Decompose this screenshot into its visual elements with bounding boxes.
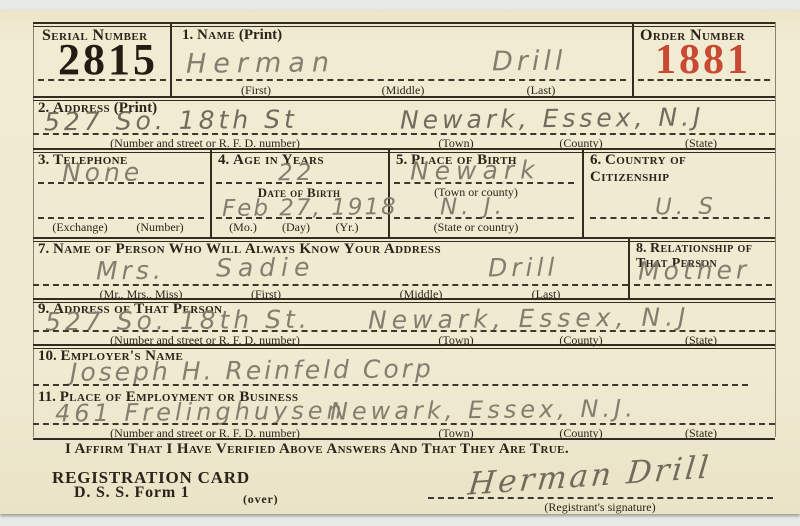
- affirmation-statement: I Affirm That I Have Verified Above Answ…: [65, 441, 569, 458]
- serial-write-line: [38, 79, 166, 81]
- contact-first-handwriting: Sadie: [216, 252, 316, 282]
- divider-name-order: [632, 24, 634, 96]
- employer-write-line: [33, 384, 748, 386]
- signature-write-line: [428, 497, 773, 499]
- employment-town-handwriting: Newark, Essex, N.J.: [330, 394, 637, 425]
- form-number: D. S. S. Form 1: [74, 484, 190, 502]
- dob-year-sublabel: (Yr.): [336, 220, 359, 235]
- birthplace-state-write-line: [394, 217, 574, 219]
- name-first-handwriting: Herman: [186, 47, 336, 80]
- address-write-line: [33, 133, 775, 135]
- rule-affirmation: [33, 438, 775, 440]
- name-last-handwriting: Drill: [492, 46, 567, 78]
- divider-contact-relationship: [628, 239, 630, 298]
- employment-write-line: [33, 423, 775, 425]
- birthplace-town-write-line: [394, 182, 574, 184]
- telephone-number-sublabel: (Number): [136, 220, 183, 235]
- order-number-value: 1881: [655, 36, 751, 84]
- contact-last-handwriting: Drill: [488, 253, 559, 283]
- signature-sublabel: (Registrant's signature): [544, 500, 655, 515]
- birthplace-state-sublabel: (State or country): [434, 220, 519, 235]
- telephone-exchange-sublabel: (Exchange): [52, 220, 107, 235]
- name-write-line: [176, 79, 626, 81]
- citizenship-field-label: 6. Country of Citizenship: [590, 152, 740, 185]
- left-border: [33, 22, 34, 437]
- employer-handwriting: Joseph H. Reinfeld Corp: [70, 354, 434, 387]
- right-border: [775, 22, 776, 437]
- scanned-registration-card: Serial Number 2815 1. Name (Print) Herma…: [0, 0, 800, 526]
- address-street-handwriting: 527 So. 18th St: [44, 105, 298, 137]
- divider-birth-citizen: [582, 150, 584, 237]
- telephone-write-line: [38, 182, 204, 184]
- name-field-label: 1. Name (Print): [182, 27, 282, 44]
- contact-write-line: [33, 284, 628, 286]
- divider-tel-age: [210, 150, 212, 237]
- dob-write-line: [216, 217, 382, 219]
- dob-day-sublabel: (Day): [282, 220, 310, 235]
- dob-month-sublabel: (Mo.): [229, 220, 257, 235]
- relationship-write-line: [634, 284, 772, 286]
- relationship-handwriting: Mother: [638, 255, 750, 285]
- over-label: (over): [243, 492, 278, 507]
- citizenship-write-line: [590, 217, 770, 219]
- order-write-line: [638, 79, 770, 81]
- telephone-write-line-2: [38, 217, 204, 219]
- contact-title-handwriting: Mrs.: [96, 256, 165, 286]
- serial-number-value: 2815: [58, 34, 158, 85]
- age-write-line: [216, 182, 382, 184]
- address-town-handwriting: Newark, Essex, N.J: [400, 102, 705, 134]
- contact-address-write-line: [33, 330, 775, 332]
- divider-serial-name: [170, 24, 172, 96]
